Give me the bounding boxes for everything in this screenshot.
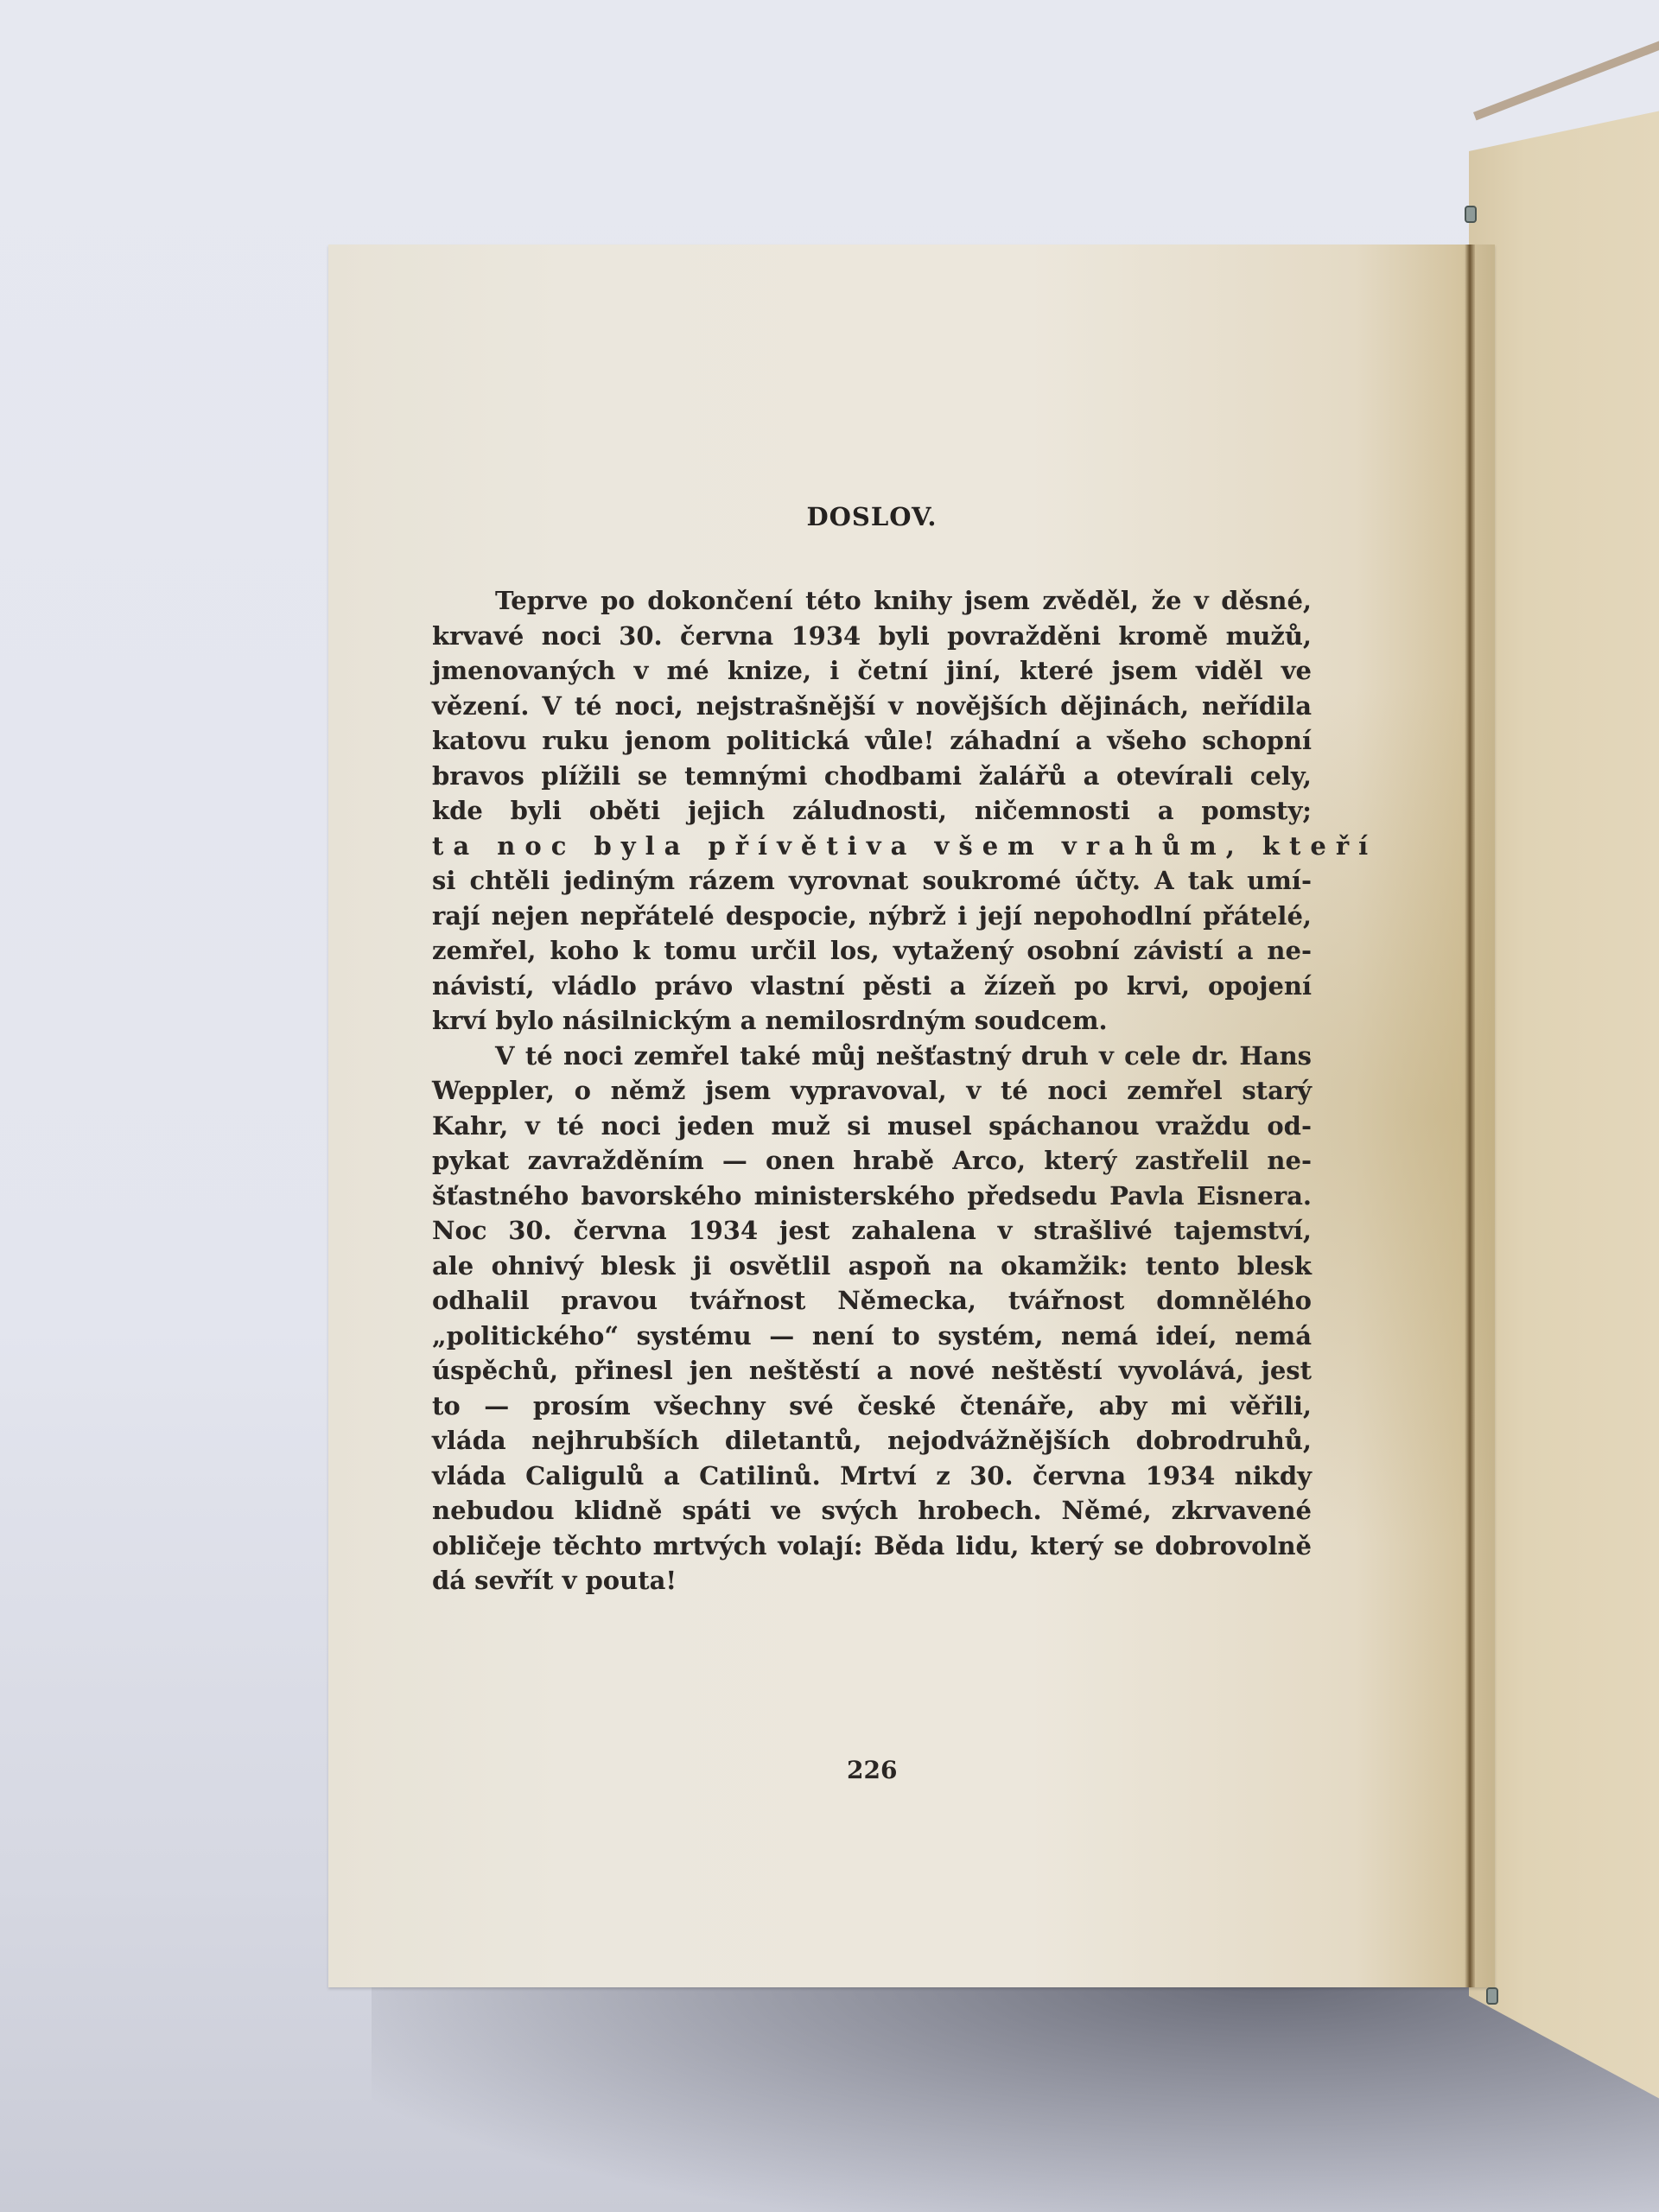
text-line: V té noci zemřel také můj nešťastný druh… xyxy=(432,1039,1312,1074)
text-line: katovu ruku jenom politická vůle! záhadn… xyxy=(432,723,1312,759)
text-line: návistí, vládlo právo vlastní pěsti a ží… xyxy=(432,969,1312,1004)
text-line: to — prosím všechny své české čtenáře, a… xyxy=(432,1389,1312,1424)
chapter-heading: DOSLOV. xyxy=(432,502,1312,531)
facing-page-right xyxy=(1469,104,1659,2117)
text-line: kde byli oběti jejich záludnosti, ničemn… xyxy=(432,793,1312,829)
text-line: vězení. V té noci, nejstrašnější v nověj… xyxy=(432,689,1312,724)
paragraph-2: V té noci zemřel také můj nešťastný druh… xyxy=(432,1039,1312,1599)
text-line: nebudou klidně spáti ve svých hrobech. N… xyxy=(432,1493,1312,1529)
text-line: pykat zavražděním — onen hrabě Arco, kte… xyxy=(432,1143,1312,1179)
text-line: Kahr, v té noci jeden muž si musel spách… xyxy=(432,1109,1312,1144)
book-gutter xyxy=(1465,245,1475,1987)
text-line: rají nejen nepřátelé despocie, nýbrž i j… xyxy=(432,899,1312,934)
page-text-block: DOSLOV. Teprve po dokončení této knihy j… xyxy=(432,488,1312,1599)
text-line: obličeje těchto mrtvých volají: Běda lid… xyxy=(432,1529,1312,1564)
text-line: zemřel, koho k tomu určil los, vytažený … xyxy=(432,933,1312,969)
right-page-top-edge xyxy=(1473,38,1659,120)
text-line: Noc 30. června 1934 jest zahalena v stra… xyxy=(432,1213,1312,1249)
text-line: vláda Caligulů a Catilinů. Mrtví z 30. č… xyxy=(432,1459,1312,1494)
text-line: ale ohnivý blesk ji osvětlil aspoň na ok… xyxy=(432,1249,1312,1284)
text-line: šťastného bavorského ministerského předs… xyxy=(432,1179,1312,1214)
text-line: Weppler, o němž jsem vypravoval, v té no… xyxy=(432,1073,1312,1109)
text-line: dá sevřít v pouta! xyxy=(432,1563,1312,1599)
text-line: úspěchů, přinesl jen neštěstí a nové neš… xyxy=(432,1353,1312,1389)
text-line: krvavé noci 30. června 1934 byli povražd… xyxy=(432,619,1312,654)
text-line: vláda nejhrubších diletantů, nejodvážněj… xyxy=(432,1423,1312,1459)
text-line: „politického“ systému — není to systém, … xyxy=(432,1319,1312,1354)
text-line: odhalil pravou tvářnost Německa, tvářnos… xyxy=(432,1283,1312,1319)
text-line: si chtěli jediným rázem vyrovnat soukrom… xyxy=(432,863,1312,899)
text-line: bravos plížili se temnými chodbami žalář… xyxy=(432,759,1312,794)
page-number: 226 xyxy=(847,1756,897,1784)
binding-thread-top xyxy=(1465,206,1477,223)
text-line: krví bylo násilnickým a nemilosrdným sou… xyxy=(432,1003,1312,1039)
table-shadow xyxy=(372,1979,1659,2212)
paragraph-1: Teprve po dokončení této knihy jsem zvěd… xyxy=(432,583,1312,1039)
text-line-letterspaced: ta noc byla přívětiva všem vrahům, kteří xyxy=(432,829,1312,864)
text-line: jmenovaných v mé knize, i četní jiní, kt… xyxy=(432,653,1312,689)
binding-thread-bottom xyxy=(1486,1987,1498,2005)
text-line: Teprve po dokončení této knihy jsem zvěd… xyxy=(432,583,1312,619)
